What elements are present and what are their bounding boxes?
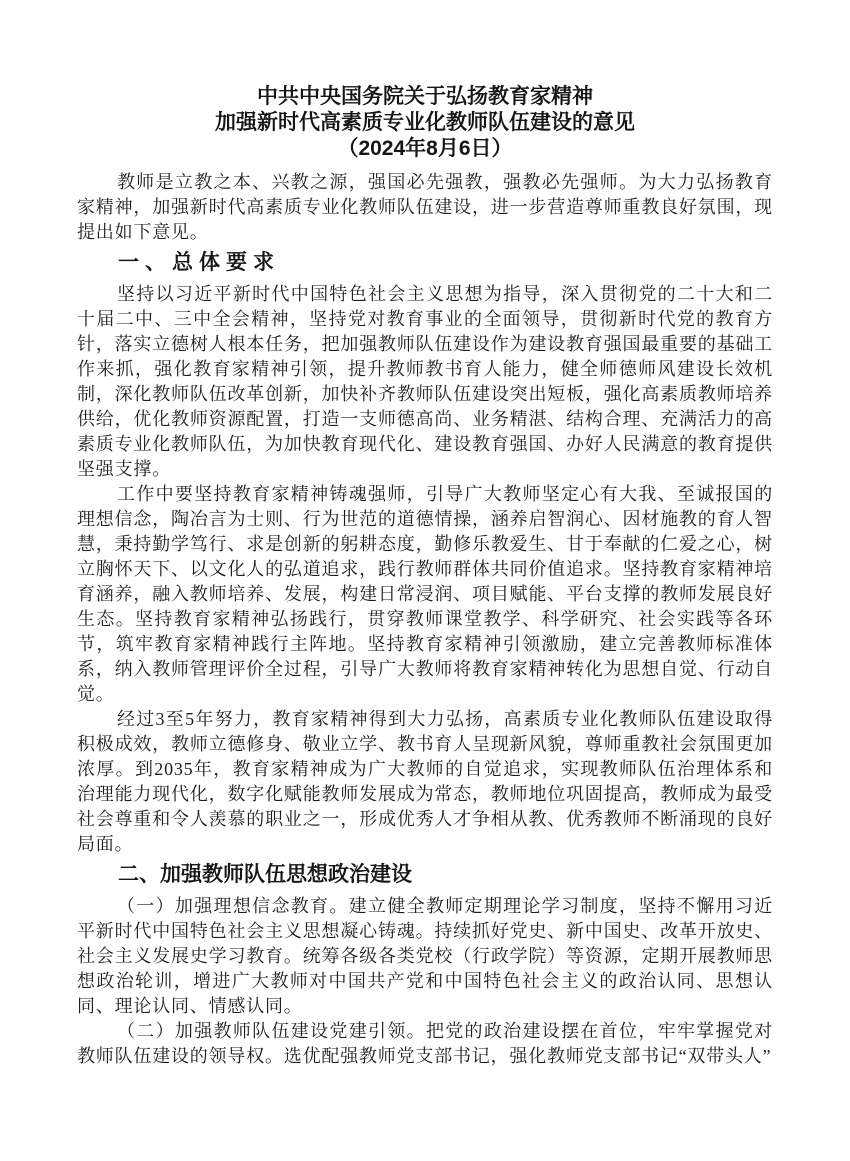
section-2-paragraph-1: （一）加强理想信念教育。建立健全教师定期理论学习制度，坚持不懈用习近平新时代中国… — [77, 894, 773, 1019]
document-title: 中共中央国务院关于弘扬教育家精神 加强新时代高素质专业化教师队伍建设的意见 （2… — [77, 84, 773, 162]
document-page: 中共中央国务院关于弘扬教育家精神 加强新时代高素质专业化教师队伍建设的意见 （2… — [0, 0, 850, 1161]
section-2-heading: 二、加强教师队伍思想政治建设 — [77, 860, 773, 889]
document-title-date: （2024年8月6日） — [77, 136, 773, 162]
section-1-paragraph-1: 坚持以习近平新时代中国特色社会主义思想为指导，深入贯彻党的二十大和二十届二中、三… — [77, 282, 773, 482]
intro-paragraph: 教师是立教之本、兴教之源，强国必先强教，强教必先强师。为大力弘扬教育家精神，加强… — [77, 170, 773, 245]
document-title-line-2: 加强新时代高素质专业化教师队伍建设的意见 — [77, 110, 773, 136]
section-2-paragraph-2: （二）加强教师队伍建设党建引领。把党的政治建设摆在首位，牢牢掌握党对教师队伍建设… — [77, 1019, 773, 1069]
section-1-paragraph-3: 经过3至5年努力，教育家精神得到大力弘扬，高素质专业化教师队伍建设取得积极成效，… — [77, 707, 773, 857]
section-1-heading: 一、总体要求 — [77, 248, 773, 277]
document-title-line-1: 中共中央国务院关于弘扬教育家精神 — [77, 84, 773, 110]
section-1-paragraph-2: 工作中要坚持教育家精神铸魂强师，引导广大教师坚定心有大我、至诚报国的理想信念，陶… — [77, 482, 773, 707]
